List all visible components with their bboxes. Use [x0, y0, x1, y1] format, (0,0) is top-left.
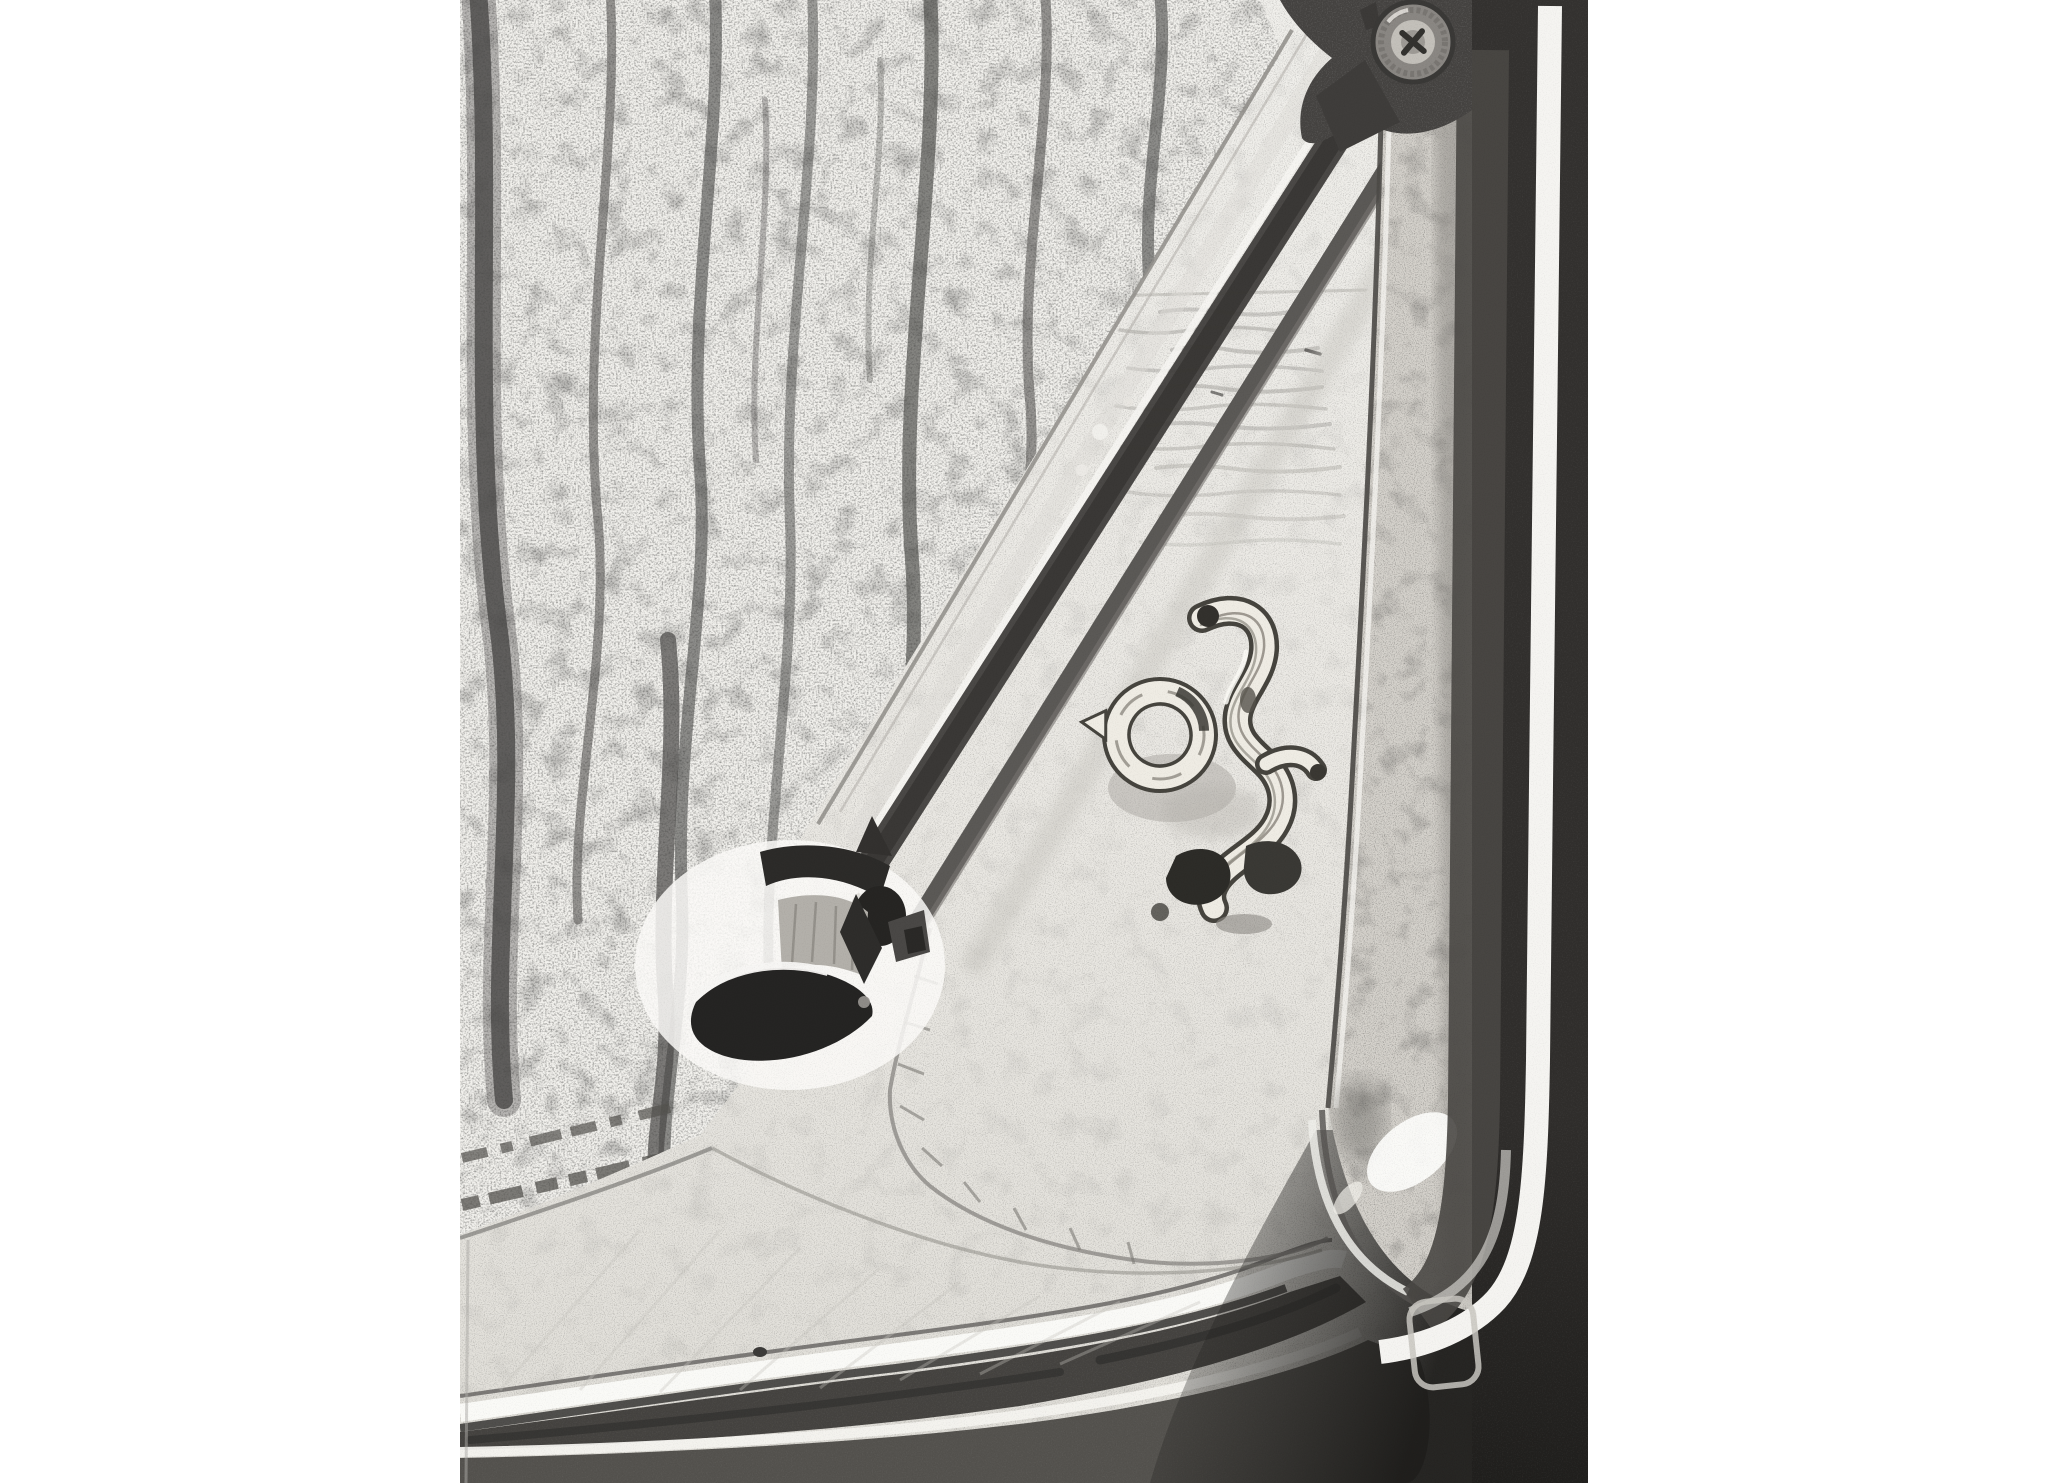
- scanned-page: [0, 0, 2048, 1483]
- pencil-drawing: [460, 0, 1588, 1483]
- drawing-root: [460, 0, 1588, 1483]
- paper-grain-overlay: [460, 0, 1588, 1483]
- drawing-canvas: [460, 0, 1588, 1483]
